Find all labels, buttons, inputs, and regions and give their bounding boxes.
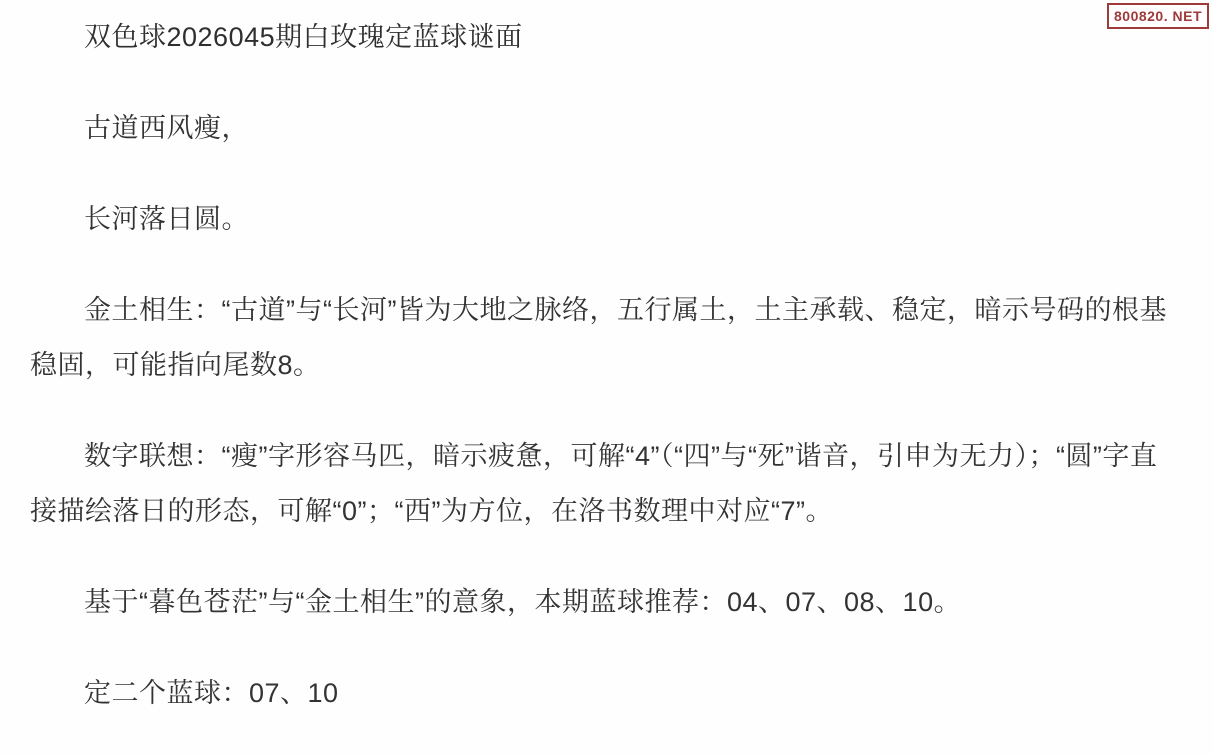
paragraph-wuxing-analysis: 金土相生：“古道”与“长河”皆为大地之脉络，五行属土，土主承载、稳定，暗示号码的… xyxy=(30,283,1171,393)
poem-line-1: 古道西风瘦， xyxy=(30,101,1171,156)
paragraph-number-association: 数字联想：“瘦”字形容马匹，暗示疲惫，可解“4”（“四”与“死”谐音，引申为无力… xyxy=(30,429,1171,539)
paragraph-blue-ball-recommendation: 基于“暮色苍茫”与“金土相生”的意象，本期蓝球推荐：04、07、08、10。 xyxy=(30,575,1171,630)
poem-line-2: 长河落日圆。 xyxy=(30,192,1171,247)
watermark-badge: 800820. NET xyxy=(1107,3,1209,29)
article-title: 双色球2026045期白玫瑰定蓝球谜面 xyxy=(30,10,1171,65)
paragraph-final-blue-balls: 定二个蓝球：07、10 xyxy=(30,666,1171,721)
article-content: 双色球2026045期白玫瑰定蓝球谜面 古道西风瘦， 长河落日圆。 金土相生：“… xyxy=(0,0,1213,721)
article-page: 800820. NET 双色球2026045期白玫瑰定蓝球谜面 古道西风瘦， 长… xyxy=(0,0,1213,754)
